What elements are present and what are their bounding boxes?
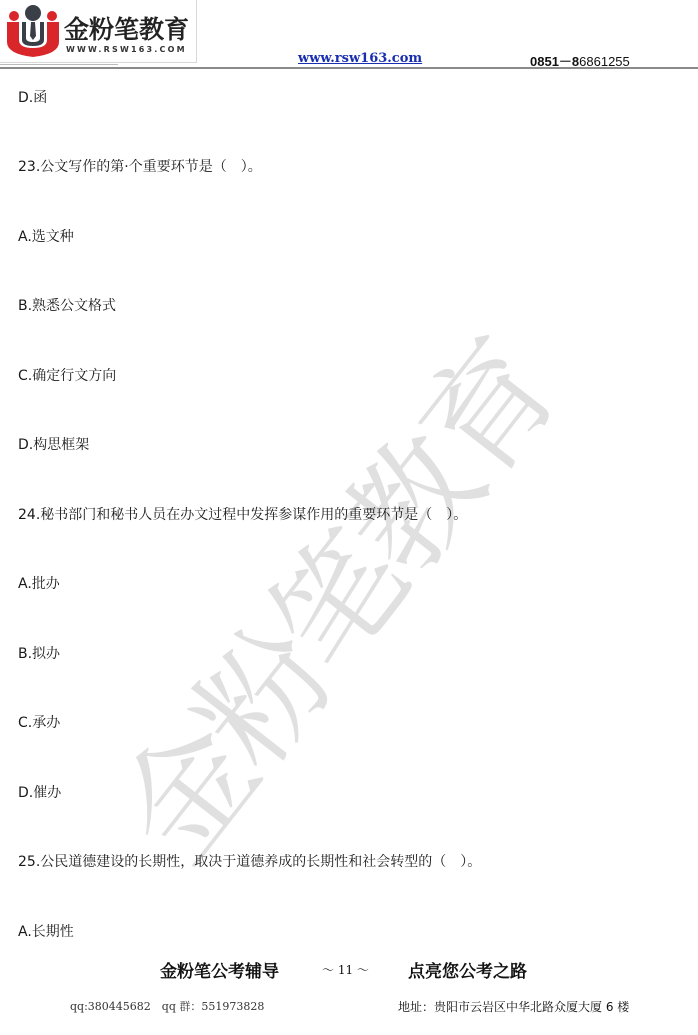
page-number: ～ 11 ～ <box>322 961 369 978</box>
option-prev-d: D.函 <box>18 87 47 107</box>
q25-option-a: A.长期性 <box>18 921 74 941</box>
q23-option-b: B.熟悉公文格式 <box>18 295 116 315</box>
logo-title: 金粉笔教育 <box>64 10 189 46</box>
q24-option-b: B.拟办 <box>18 643 60 663</box>
footer-slogan-right: 点亮您公考之路 <box>408 957 527 982</box>
footer-address: 地址：贵阳市云岩区中华北路众厦大厦 6 楼 <box>398 998 629 1015</box>
q24-option-a: A.批办 <box>18 573 60 593</box>
q24-option-c: C.承办 <box>18 712 60 732</box>
website-link[interactable]: www.rsw163.com <box>298 51 422 66</box>
watermark-text: 金粉笔教育 <box>92 317 585 889</box>
question-23: 23.公文写作的第·个重要环节是（ ）。 <box>18 156 262 176</box>
question-24: 24.秘书部门和秘书人员在办文过程中发挥参谋作用的重要环节是（ ）。 <box>18 504 467 524</box>
q23-option-c: C.确定行文方向 <box>18 365 116 385</box>
header-divider <box>0 67 698 69</box>
q24-option-d: D.催办 <box>18 782 61 802</box>
page-header: 金粉笔教育 WWW.RSW163.COM www.rsw163.com 0851… <box>0 0 698 70</box>
footer-slogan-left: 金粉笔公考辅导 <box>160 957 279 982</box>
logo-mascot-icon <box>5 4 61 58</box>
footer-contact: qq:380445682 qq 群：551973828 <box>70 998 264 1014</box>
q23-option-d: D.构思框架 <box>18 434 89 454</box>
header-divider-short <box>0 64 118 65</box>
brand-logo: 金粉笔教育 WWW.RSW163.COM <box>0 0 197 63</box>
question-25: 25.公民道德建设的长期性，取决于道德养成的长期性和社会转型的（ ）。 <box>18 851 481 871</box>
logo-subtitle: WWW.RSW163.COM <box>66 45 187 54</box>
page-footer: 金粉笔公考辅导 ～ 11 ～ 点亮您公考之路 <box>0 957 698 981</box>
q23-option-a: A.选文种 <box>18 226 74 246</box>
